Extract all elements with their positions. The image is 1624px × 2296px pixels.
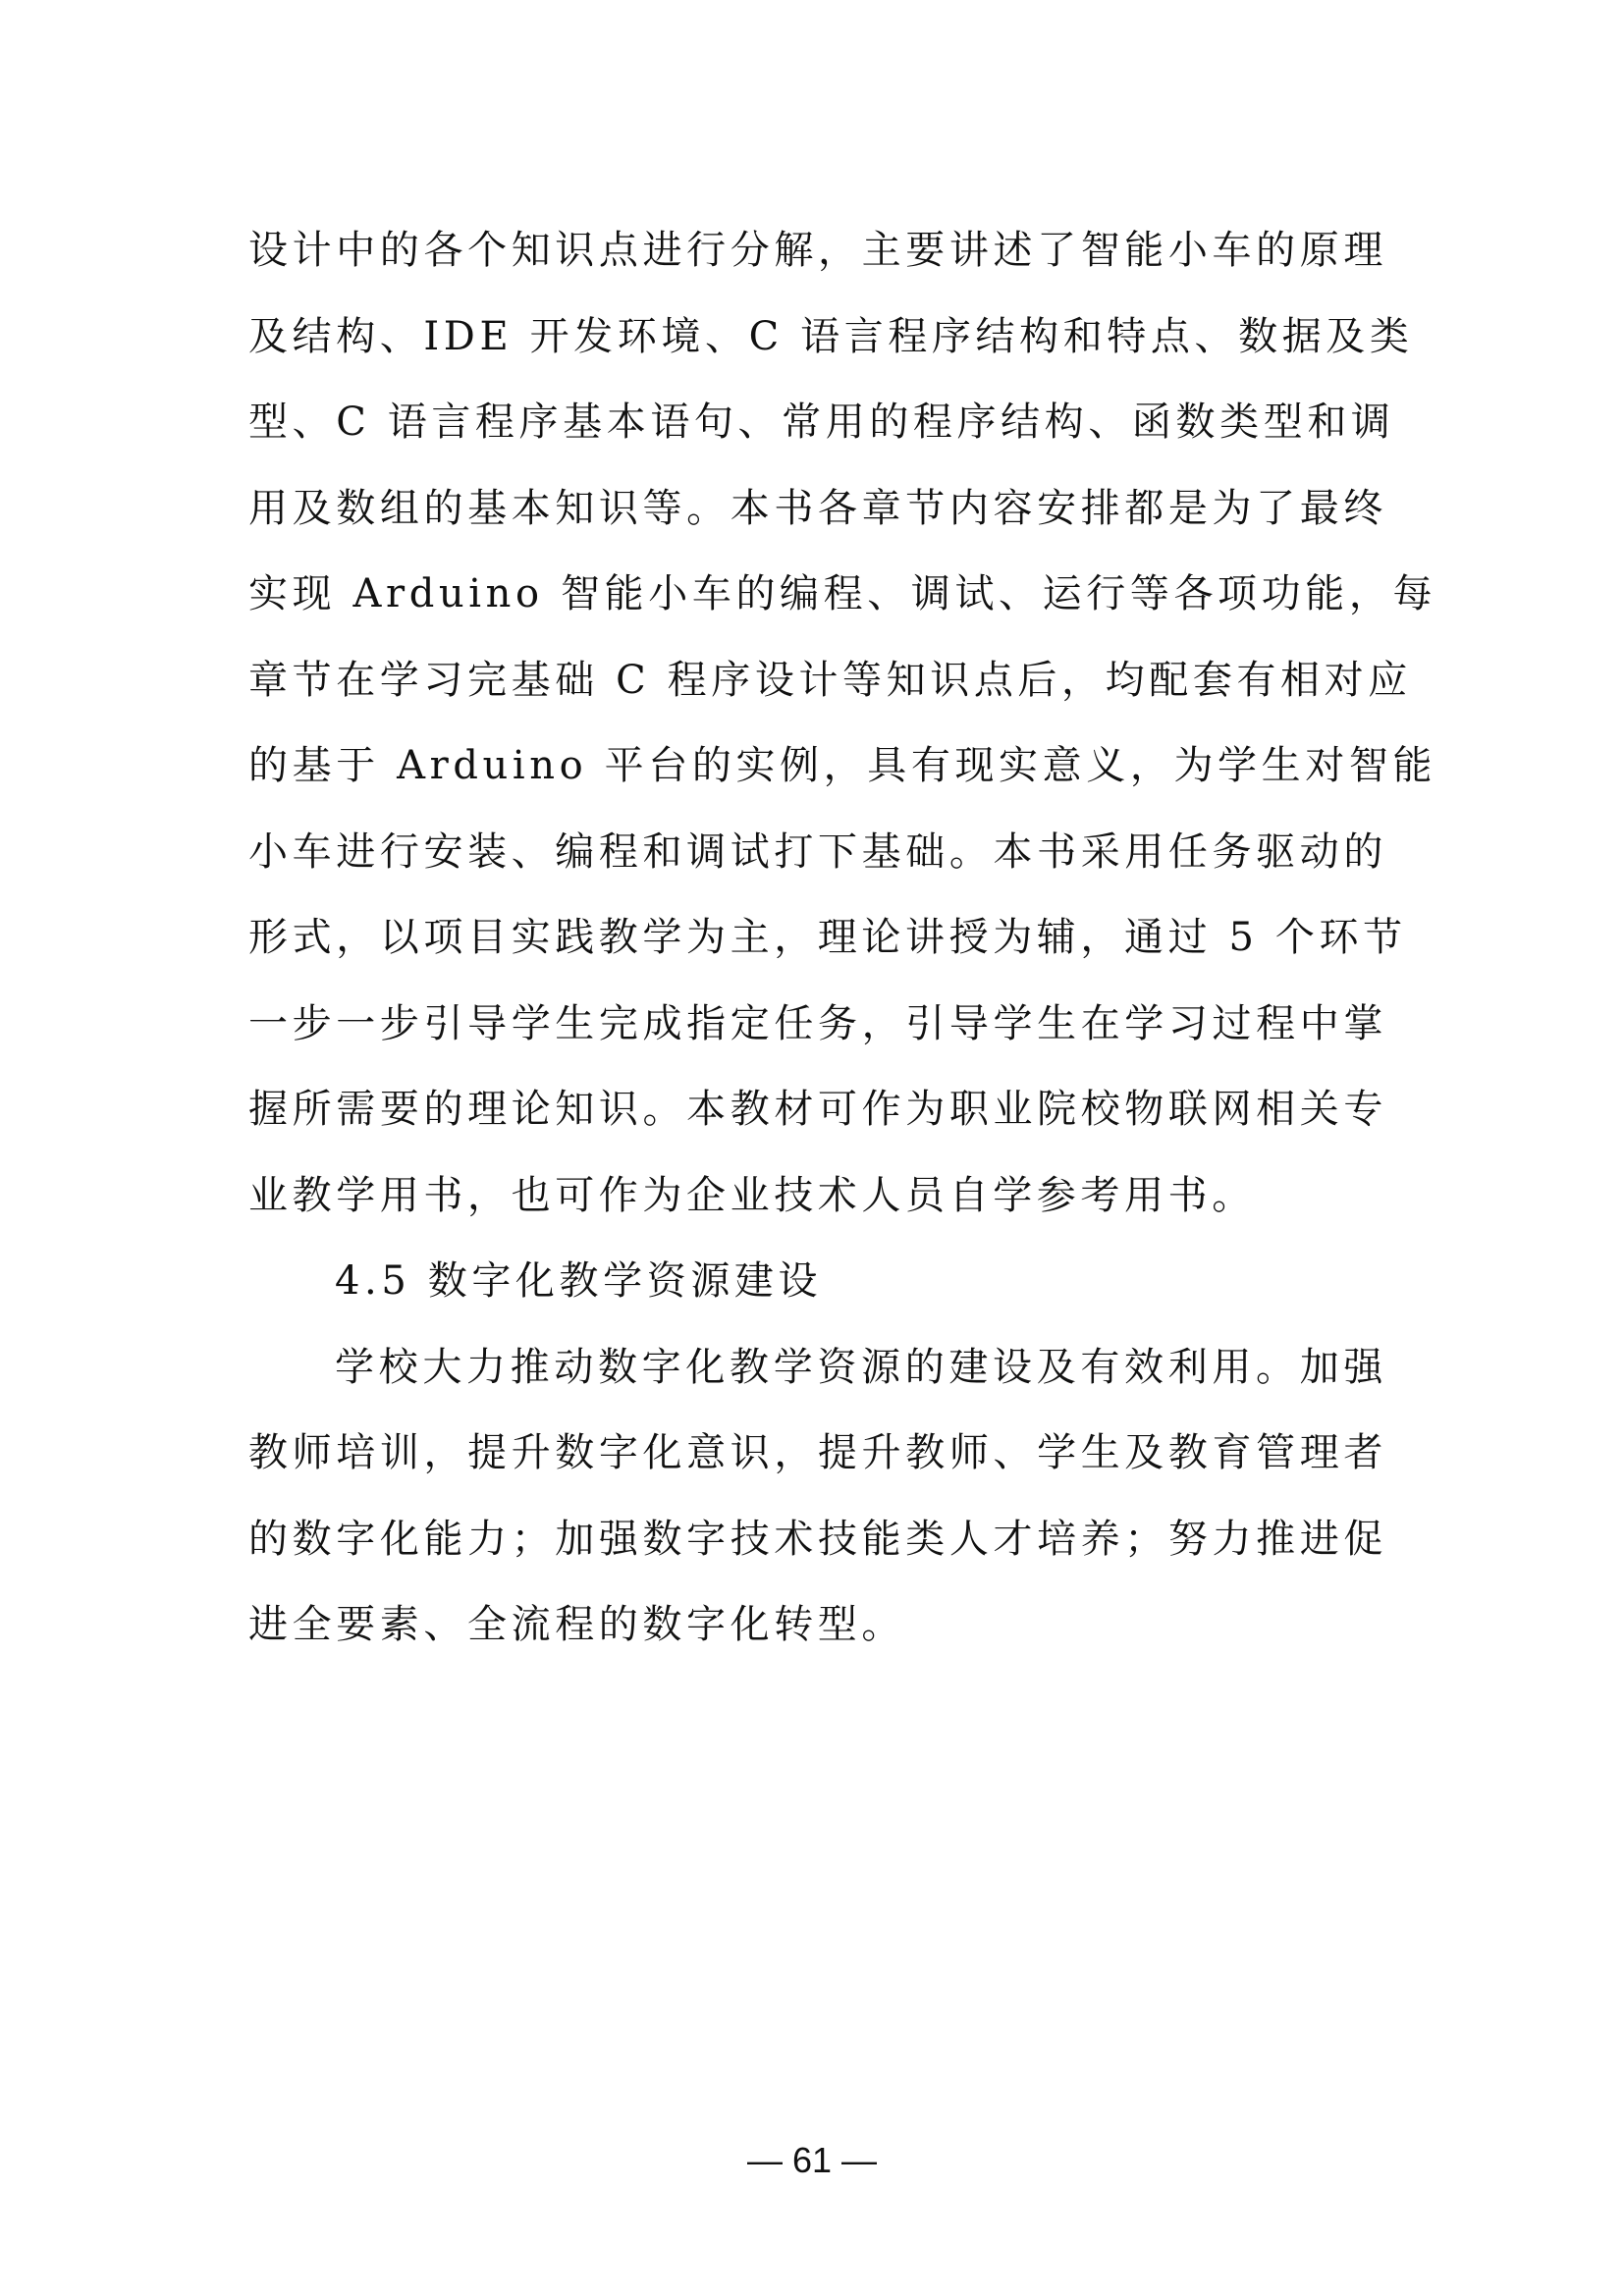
paragraph-continued: 设计中的各个知识点进行分解，主要讲述了智能小车的原理 及结构、IDE 开发环境、… (248, 208, 1387, 1239)
text-line: 的基于 Arduino 平台的实例，具有现实意义，为学生对智能 (248, 723, 1387, 810)
text-line: 实现 Arduino 智能小车的编程、调试、运行等各项功能，每 (248, 552, 1387, 638)
document-page: 设计中的各个知识点进行分解，主要讲述了智能小车的原理 及结构、IDE 开发环境、… (0, 0, 1624, 2296)
text-line: 形式，以项目实践教学为主，理论讲授为辅，通过 5 个环节 (248, 895, 1387, 982)
text-line: 用及数组的基本知识等。本书各章节内容安排都是为了最终 (248, 466, 1387, 553)
text-line: 一步一步引导学生完成指定任务，引导学生在学习过程中掌 (248, 982, 1387, 1068)
page-number: — 61 — (0, 2140, 1624, 2181)
text-line: 进全要素、全流程的数字化转型。 (248, 1582, 1387, 1669)
text-line: 小车进行安装、编程和调试打下基础。本书采用任务驱动的 (248, 810, 1387, 896)
text-line: 教师培训，提升数字化意识，提升教师、学生及教育管理者 (248, 1411, 1387, 1497)
text-line: 的数字化能力；加强数字技术技能类人才培养；努力推进促 (248, 1497, 1387, 1583)
text-line: 设计中的各个知识点进行分解，主要讲述了智能小车的原理 (248, 208, 1387, 294)
text-line: 握所需要的理论知识。本教材可作为职业院校物联网相关专 (248, 1067, 1387, 1153)
section-heading: 4.5 数字化教学资源建设 (248, 1239, 1387, 1325)
text-line: 章节在学习完基础 C 程序设计等知识点后，均配套有相对应 (248, 638, 1387, 724)
text-line: 型、C 语言程序基本语句、常用的程序结构、函数类型和调 (248, 380, 1387, 466)
paragraph-digital-resources: 学校大力推动数字化教学资源的建设及有效利用。加强 教师培训，提升数字化意识，提升… (248, 1325, 1387, 1669)
body-text: 设计中的各个知识点进行分解，主要讲述了智能小车的原理 及结构、IDE 开发环境、… (248, 208, 1387, 1669)
text-line: 及结构、IDE 开发环境、C 语言程序结构和特点、数据及类 (248, 294, 1387, 381)
text-line: 业教学用书，也可作为企业技术人员自学参考用书。 (248, 1153, 1387, 1240)
text-line: 学校大力推动数字化教学资源的建设及有效利用。加强 (248, 1325, 1387, 1412)
